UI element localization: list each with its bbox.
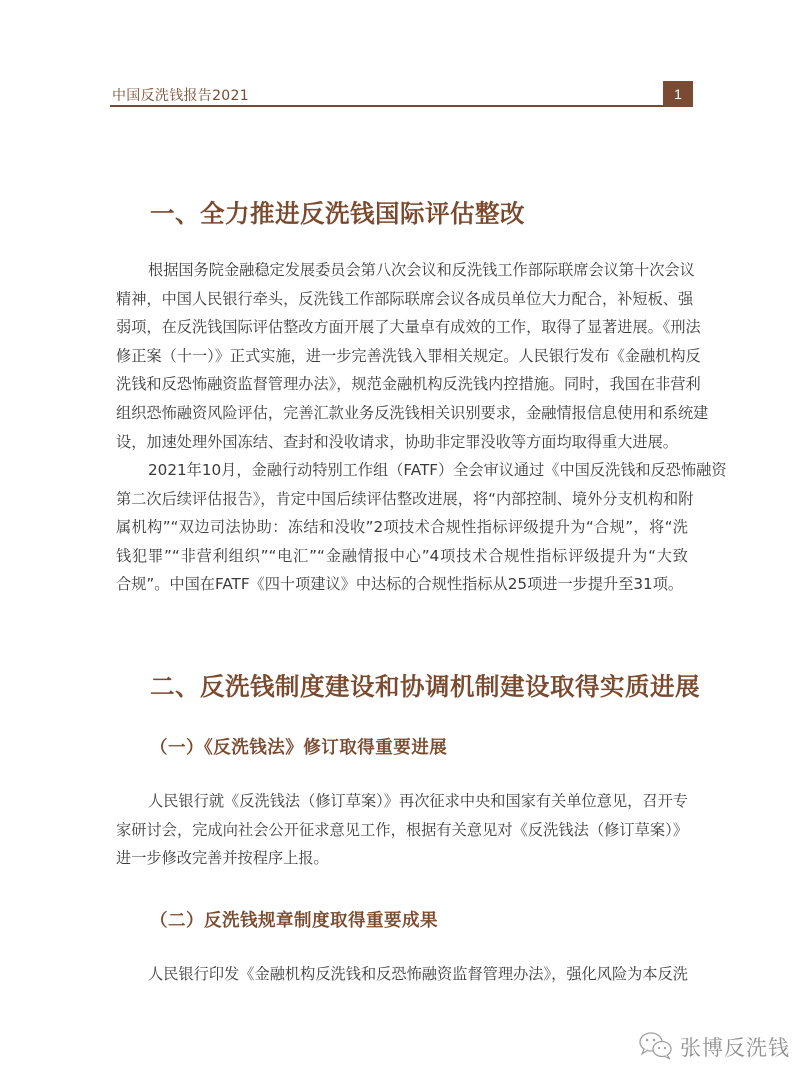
text-line: 人民银行印发《金融机构反洗钱和反恐怖融资监督管理办法》，强化风险为本反洗 [116, 960, 688, 989]
text-line: 合规”。中国在FATF《四十项建议》中达标的合规性指标从25项进一步提升至31项… [116, 570, 688, 599]
text-line: 属机构”“双边司法协助：冻结和没收”2项技术合规性指标评级提升为“合规”，将“洗 [116, 513, 688, 542]
section-heading-2: 二、反洗钱制度建设和协调机制建设取得实质进展 [150, 668, 700, 703]
text-line: 弱项，在反洗钱国际评估整改方面开展了大量卓有成效的工作，取得了显著进展。《刑法 [116, 313, 688, 342]
text-line: 2021年10月，金融行动特别工作组（FATF）全会审议通过《中国反洗钱和反恐怖… [116, 456, 688, 485]
header-divider [110, 105, 663, 107]
paragraph: 2021年10月，金融行动特别工作组（FATF）全会审议通过《中国反洗钱和反恐怖… [116, 456, 688, 599]
text-line: 洗钱和反恐怖融资监督管理办法》，规范金融机构反洗钱内控措施。同时，我国在非营利 [116, 370, 688, 399]
text-line: 设，加速处理外国冻结、查封和没收请求，协助非定罪没收等方面均取得重大进展。 [116, 428, 688, 457]
page-number-badge: 1 [663, 81, 693, 107]
text-line: 修正案（十一）》正式实施，进一步完善洗钱入罪相关规定。人民银行发布《金融机构反 [116, 342, 688, 371]
text-line: 根据国务院金融稳定发展委员会第八次会议和反洗钱工作部际联席会议第十次会议 [116, 256, 688, 285]
report-title: 中国反洗钱报告2021 [112, 85, 249, 105]
watermark: 张博反洗钱 [638, 1030, 790, 1064]
section-heading-1: 一、全力推进反洗钱国际评估整改 [150, 195, 525, 230]
wechat-icon [638, 1030, 674, 1064]
paragraph: 人民银行印发《金融机构反洗钱和反恐怖融资监督管理办法》，强化风险为本反洗 [116, 960, 688, 989]
watermark-text: 张博反洗钱 [680, 1032, 790, 1062]
paragraph: 人民银行就《反洗钱法（修订草案）》再次征求中央和国家有关单位意见，召开专 家研讨… [116, 787, 688, 873]
subsection-heading-2-2: （二）反洗钱规章制度取得重要成果 [150, 907, 438, 932]
text-line: 组织恐怖融资风险评估，完善汇款业务反洗钱相关识别要求，金融情报信息使用和系统建 [116, 399, 688, 428]
text-line: 精神，中国人民银行牵头，反洗钱工作部际联席会议各成员单位大力配合，补短板、强 [116, 285, 688, 314]
text-line: 钱犯罪”“非营利组织”“电汇”“金融情报中心”4项技术合规性指标评级提升为“大致 [116, 542, 688, 571]
subsection-heading-2-1: （一）《反洗钱法》修订取得重要进展 [150, 734, 447, 759]
text-line: 进一步修改完善并按程序上报。 [116, 844, 688, 873]
text-line: 家研讨会，完成向社会公开征求意见工作，根据有关意见对《反洗钱法（修订草案）》 [116, 816, 688, 845]
page-header: 中国反洗钱报告2021 1 [110, 81, 693, 107]
paragraph: 根据国务院金融稳定发展委员会第八次会议和反洗钱工作部际联席会议第十次会议 精神，… [116, 256, 688, 456]
text-line: 第二次后续评估报告》，肯定中国后续评估整改进展，将“内部控制、境外分支机构和附 [116, 485, 688, 514]
text-line: 人民银行就《反洗钱法（修订草案）》再次征求中央和国家有关单位意见，召开专 [116, 787, 688, 816]
